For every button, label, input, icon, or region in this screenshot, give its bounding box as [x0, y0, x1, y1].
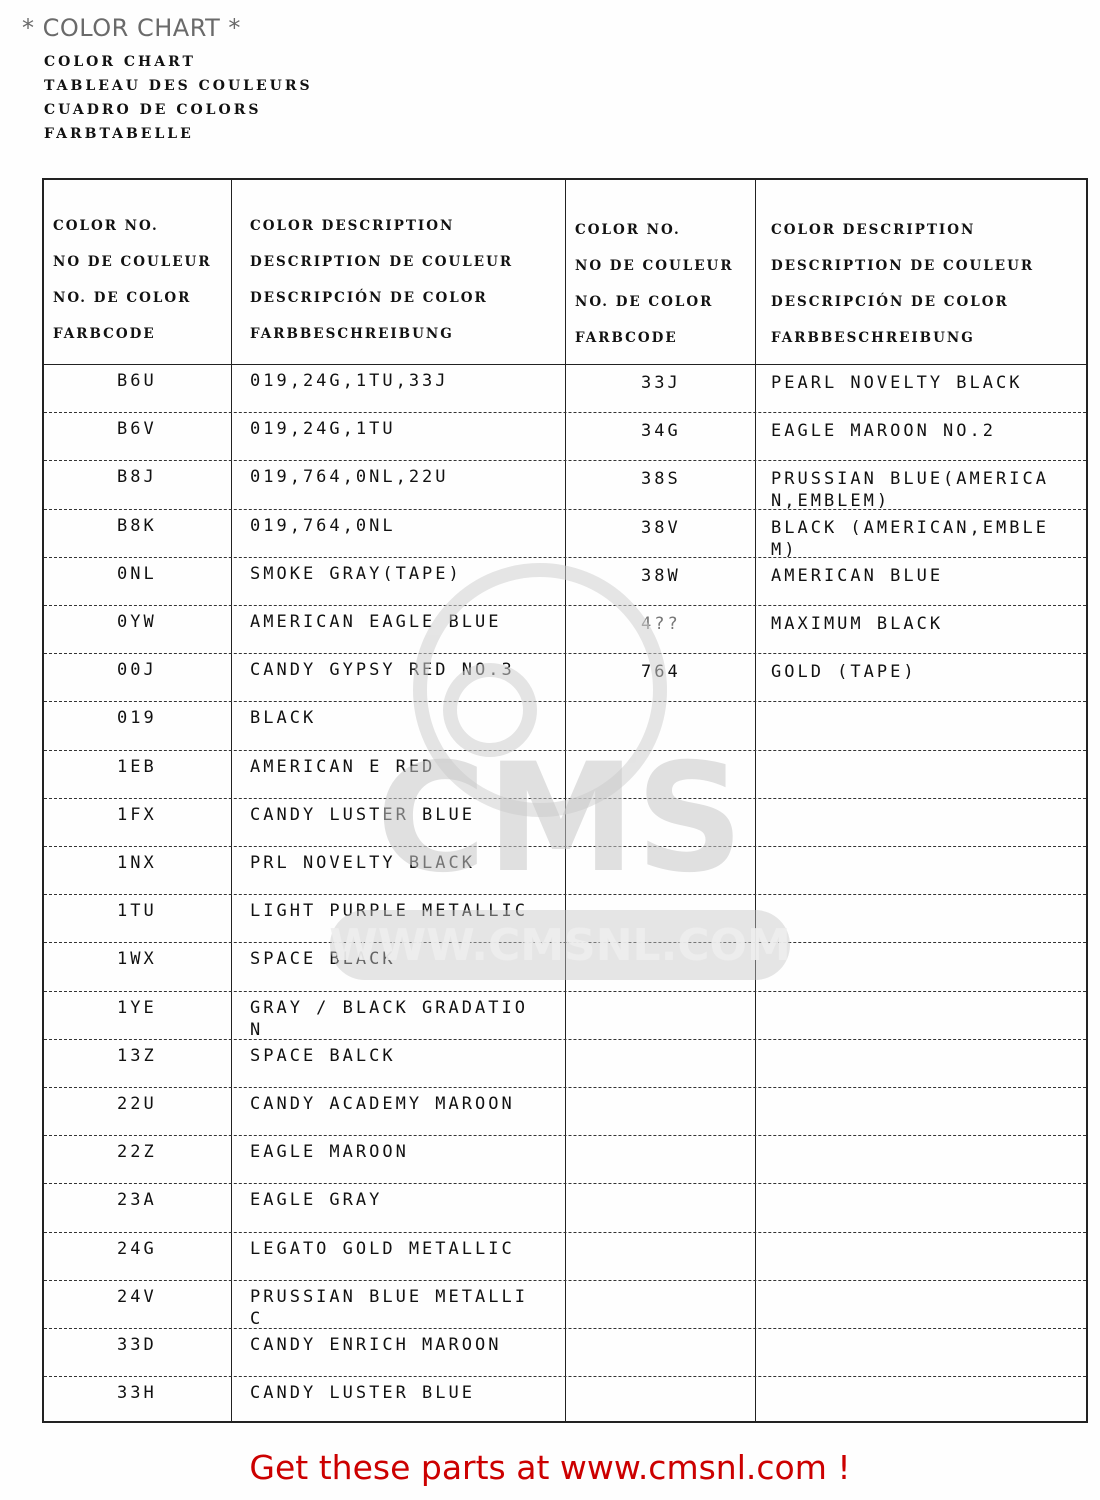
color-description-cell: 019,764,0NL,22U [250, 466, 449, 488]
color-description-cell: 019,24G,1TU [250, 418, 396, 440]
color-description-cell: MAXIMUM BLACK [771, 613, 943, 635]
color-code-cell: 0YW [117, 611, 257, 633]
color-description-cell: AMERICAN EAGLE BLUE [250, 611, 501, 633]
header-color-no-left: COLOR NO.NO DE COULEUR NO. DE COLORFARBC… [53, 208, 212, 352]
color-code-cell: 1FX [117, 804, 257, 826]
color-description-cell: PRUSSIAN BLUE(AMERICA N,EMBLEM) [771, 468, 1049, 512]
color-code-cell: 38V [641, 517, 781, 539]
color-code-cell: 764 [641, 661, 781, 683]
color-description-cell: PEARL NOVELTY BLACK [771, 372, 1022, 394]
color-code-cell: 4?? [641, 613, 781, 635]
header-color-no-right: COLOR NO.NO DE COULEUR NO. DE COLORFARBC… [575, 212, 734, 356]
color-code-cell: 33D [117, 1334, 257, 1356]
color-code-cell: 34G [641, 420, 781, 442]
color-description-cell: CANDY ENRICH MAROON [250, 1334, 501, 1356]
column-divider [231, 180, 232, 1421]
color-description-cell: GRAY / BLACK GRADATIO N [250, 997, 528, 1041]
row-divider [44, 750, 1086, 751]
row-divider [44, 701, 1086, 702]
row-divider [44, 1376, 1086, 1377]
subtitle-es: CUADRO DE COLORS [44, 98, 313, 122]
subtitle-en: COLOR CHART [44, 50, 313, 74]
color-description-cell: LIGHT PURPLE METALLIC [250, 900, 528, 922]
header-divider [44, 364, 1086, 365]
color-code-cell: 13Z [117, 1045, 257, 1067]
color-description-cell: BLACK [250, 707, 316, 729]
multilingual-subtitles: COLOR CHART TABLEAU DES COULEURS CUADRO … [44, 50, 313, 146]
color-code-cell: 1YE [117, 997, 257, 1019]
color-code-cell: 00J [117, 659, 257, 681]
color-description-cell: EAGLE MAROON NO.2 [771, 420, 996, 442]
color-code-cell: 1TU [117, 900, 257, 922]
color-code-cell: 24V [117, 1286, 257, 1308]
color-code-cell: 33J [641, 372, 781, 394]
row-divider [44, 894, 1086, 895]
color-code-cell: B8J [117, 466, 257, 488]
header-description-left: COLOR DESCRIPTIONDESCRIPTION DE COULEUR … [250, 208, 513, 352]
color-description-cell: BLACK (AMERICAN,EMBLE M) [771, 517, 1049, 561]
color-description-cell: SMOKE GRAY(TAPE) [250, 563, 462, 585]
color-code-cell: B8K [117, 515, 257, 537]
row-divider [44, 846, 1086, 847]
column-divider [755, 180, 756, 1421]
color-code-cell: 38S [641, 468, 781, 490]
color-description-cell: 019,24G,1TU,33J [250, 370, 449, 392]
color-description-cell: PRL NOVELTY BLACK [250, 852, 475, 874]
color-description-cell: AMERICAN E RED [250, 756, 435, 778]
color-chart-table: COLOR NO.NO DE COULEUR NO. DE COLORFARBC… [42, 178, 1088, 1423]
row-divider [44, 460, 1086, 461]
subtitle-de: FARBTABELLE [44, 122, 313, 146]
color-description-cell: CANDY LUSTER BLUE [250, 804, 475, 826]
color-code-cell: 33H [117, 1382, 257, 1404]
color-code-cell: 22U [117, 1093, 257, 1115]
color-code-cell: 1NX [117, 852, 257, 874]
page-title: * COLOR CHART * [22, 14, 241, 42]
color-description-cell: LEGATO GOLD METALLIC [250, 1238, 515, 1260]
row-divider [44, 798, 1086, 799]
row-divider [44, 1039, 1086, 1040]
color-description-cell: CANDY LUSTER BLUE [250, 1382, 475, 1404]
color-description-cell: CANDY GYPSY RED NO.3 [250, 659, 515, 681]
color-description-cell: CANDY ACADEMY MAROON [250, 1093, 515, 1115]
footer-promo-link[interactable]: Get these parts at www.cmsnl.com ! [0, 1448, 1100, 1487]
row-divider [44, 605, 1086, 606]
color-code-cell: B6U [117, 370, 257, 392]
row-divider [44, 1087, 1086, 1088]
row-divider [44, 412, 1086, 413]
row-divider [44, 991, 1086, 992]
color-description-cell: EAGLE MAROON [250, 1141, 409, 1163]
row-divider [44, 1232, 1086, 1233]
row-divider [44, 1183, 1086, 1184]
color-description-cell: GOLD (TAPE) [771, 661, 917, 683]
column-divider [565, 180, 566, 1421]
row-divider [44, 1135, 1086, 1136]
color-code-cell: 23A [117, 1189, 257, 1211]
color-description-cell: SPACE BLACK [250, 948, 396, 970]
row-divider [44, 942, 1086, 943]
color-description-cell: AMERICAN BLUE [771, 565, 943, 587]
color-code-cell: 22Z [117, 1141, 257, 1163]
color-description-cell: SPACE BALCK [250, 1045, 396, 1067]
color-code-cell: 38W [641, 565, 781, 587]
subtitle-fr: TABLEAU DES COULEURS [44, 74, 313, 98]
color-code-cell: 1EB [117, 756, 257, 778]
color-description-cell: PRUSSIAN BLUE METALLI C [250, 1286, 528, 1330]
color-code-cell: 019 [117, 707, 257, 729]
header-description-right: COLOR DESCRIPTIONDESCRIPTION DE COULEUR … [771, 212, 1034, 356]
color-code-cell: B6V [117, 418, 257, 440]
color-description-cell: EAGLE GRAY [250, 1189, 382, 1211]
color-code-cell: 24G [117, 1238, 257, 1260]
color-description-cell: 019,764,0NL [250, 515, 396, 537]
row-divider [44, 1328, 1086, 1329]
color-code-cell: 1WX [117, 948, 257, 970]
color-code-cell: 0NL [117, 563, 257, 585]
row-divider [44, 1280, 1086, 1281]
row-divider [44, 653, 1086, 654]
